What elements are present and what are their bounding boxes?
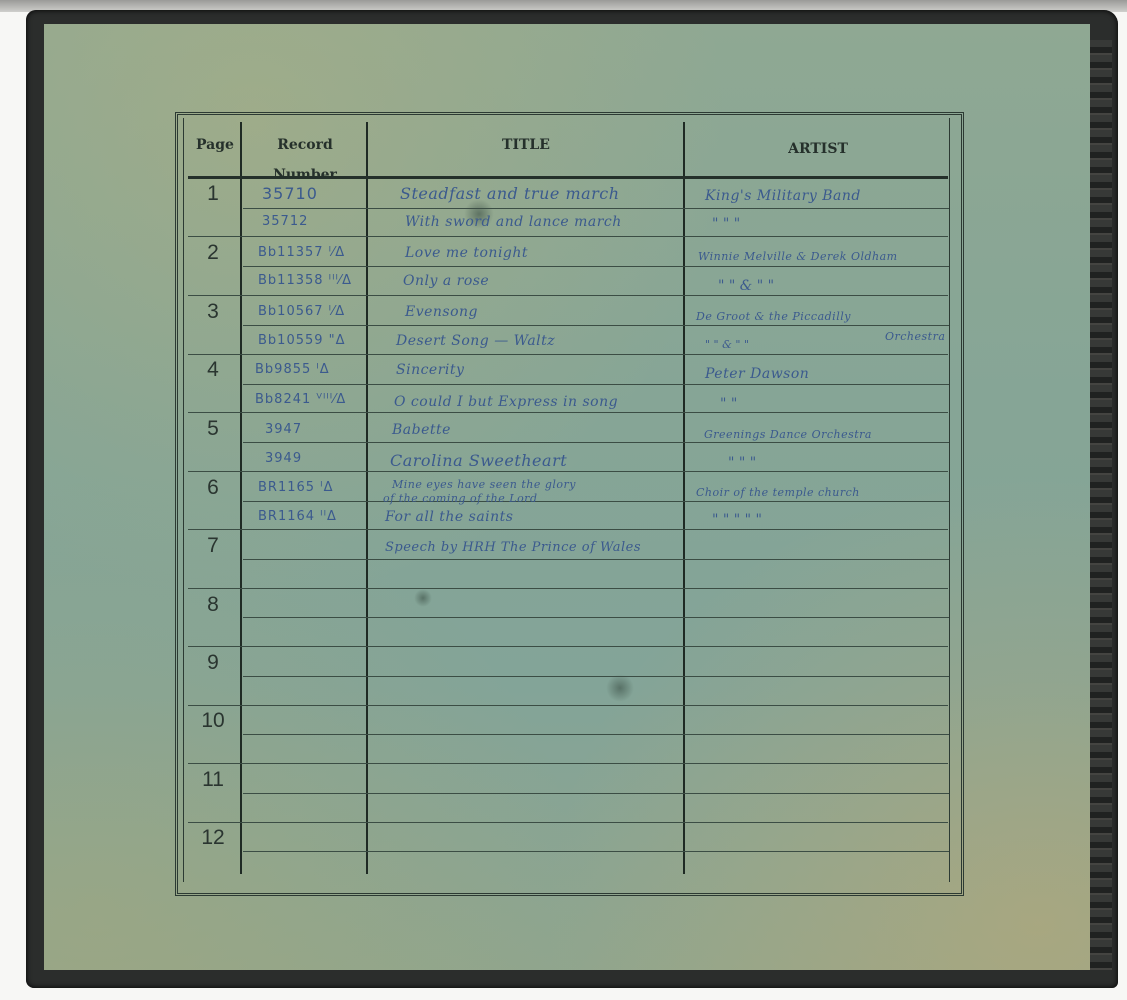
column-divider-record — [366, 122, 368, 874]
header-rule — [188, 176, 948, 179]
record-title: Desert Song — Waltz — [396, 333, 555, 349]
page-number-10: 10 — [185, 709, 241, 733]
row-midline — [243, 325, 949, 326]
page-number-9: 9 — [185, 651, 241, 675]
page-number-7: 7 — [185, 534, 241, 558]
row-rule — [188, 646, 948, 647]
record-number: Bb11358 ᴵᴵᴵ⁄Δ — [258, 273, 352, 288]
record-artist: Greenings Dance Orchestra — [704, 428, 872, 441]
table-inner-border — [183, 118, 950, 882]
record-number: BR1164 ᴵᴵΔ — [258, 509, 337, 524]
header-title: TITLE — [368, 130, 684, 160]
record-artist: Peter Dawson — [705, 366, 809, 382]
record-artist-ditto: " " " " " — [712, 512, 762, 528]
record-number: BR1165 ᴵΔ — [258, 480, 333, 495]
header-artist: ARTIST — [686, 134, 950, 164]
row-rule — [188, 412, 948, 413]
record-title: Steadfast and true march — [400, 184, 620, 203]
record-title: Evensong — [405, 304, 478, 320]
record-number: Bb9855 ᴵΔ — [255, 362, 330, 377]
row-rule — [188, 529, 948, 530]
page-number-1: 1 — [185, 182, 241, 206]
record-number: Bb8241 ⱽᴵᴵᴵ⁄Δ — [255, 392, 346, 407]
record-number: 3947 — [265, 422, 302, 437]
page-number-8: 8 — [185, 593, 241, 617]
row-midline — [243, 793, 949, 794]
record-title: With sword and lance march — [405, 214, 622, 230]
record-title: O could I but Express in song — [394, 394, 618, 410]
page-number-3: 3 — [185, 300, 241, 324]
page-number-5: 5 — [185, 417, 241, 441]
record-artist: Winnie Melville & Derek Oldham — [698, 250, 898, 263]
record-artist: Choir of the temple church — [696, 486, 860, 499]
record-artist: De Groot & the Piccadilly — [696, 310, 851, 323]
row-midline — [243, 384, 949, 385]
record-title: Only a rose — [403, 273, 489, 289]
row-rule — [188, 705, 948, 706]
header-page: Page — [190, 130, 240, 160]
page-number-6: 6 — [185, 476, 241, 500]
record-title: For all the saints — [385, 509, 514, 525]
row-midline — [243, 734, 949, 735]
record-artist-ditto: " " " — [712, 216, 740, 232]
row-rule — [188, 471, 948, 472]
row-rule — [188, 763, 948, 764]
row-midline — [243, 208, 949, 209]
record-artist-ditto: " " " — [728, 455, 756, 471]
row-midline — [243, 559, 949, 560]
row-rule — [188, 822, 948, 823]
record-number: Bb10567 ᴵ⁄Δ — [258, 304, 345, 319]
record-artist-ditto: " " & " " — [705, 338, 749, 351]
record-title: Sincerity — [396, 362, 464, 378]
record-title: Speech by HRH The Prince of Wales — [385, 540, 641, 555]
record-title: Mine eyes have seen the glory — [392, 478, 576, 491]
row-midline — [243, 501, 949, 502]
page-number-11: 11 — [185, 768, 241, 792]
row-midline — [243, 266, 949, 267]
page-number-2: 2 — [185, 241, 241, 265]
header-record-number: Record Number — [243, 130, 367, 160]
record-artist-ditto: " " — [720, 396, 737, 412]
row-midline — [243, 442, 949, 443]
record-artist-continued: Orchestra — [885, 330, 945, 343]
row-midline — [243, 676, 949, 677]
record-title-continued: of the coming of the Lord — [383, 492, 538, 505]
record-number: Bb10559 "Δ — [258, 333, 346, 348]
record-number: 35710 — [262, 184, 318, 203]
record-number: Bb11357 ᴵ⁄Δ — [258, 245, 345, 260]
page-number-12: 12 — [185, 826, 241, 850]
page-number-4: 4 — [185, 358, 241, 382]
row-rule — [188, 588, 948, 589]
record-artist: King's Military Band — [705, 188, 861, 204]
record-number: 3949 — [265, 451, 302, 466]
record-title: Carolina Sweetheart — [390, 451, 567, 470]
column-divider-title — [683, 122, 685, 874]
record-artist-ditto: " " & " " — [718, 278, 774, 294]
row-rule — [188, 295, 948, 296]
row-midline — [243, 851, 949, 852]
row-rule — [188, 236, 948, 237]
row-midline — [243, 617, 949, 618]
record-title: Love me tonight — [405, 245, 528, 261]
row-rule — [188, 354, 948, 355]
record-title: Babette — [392, 422, 451, 438]
record-number: 35712 — [262, 214, 308, 229]
